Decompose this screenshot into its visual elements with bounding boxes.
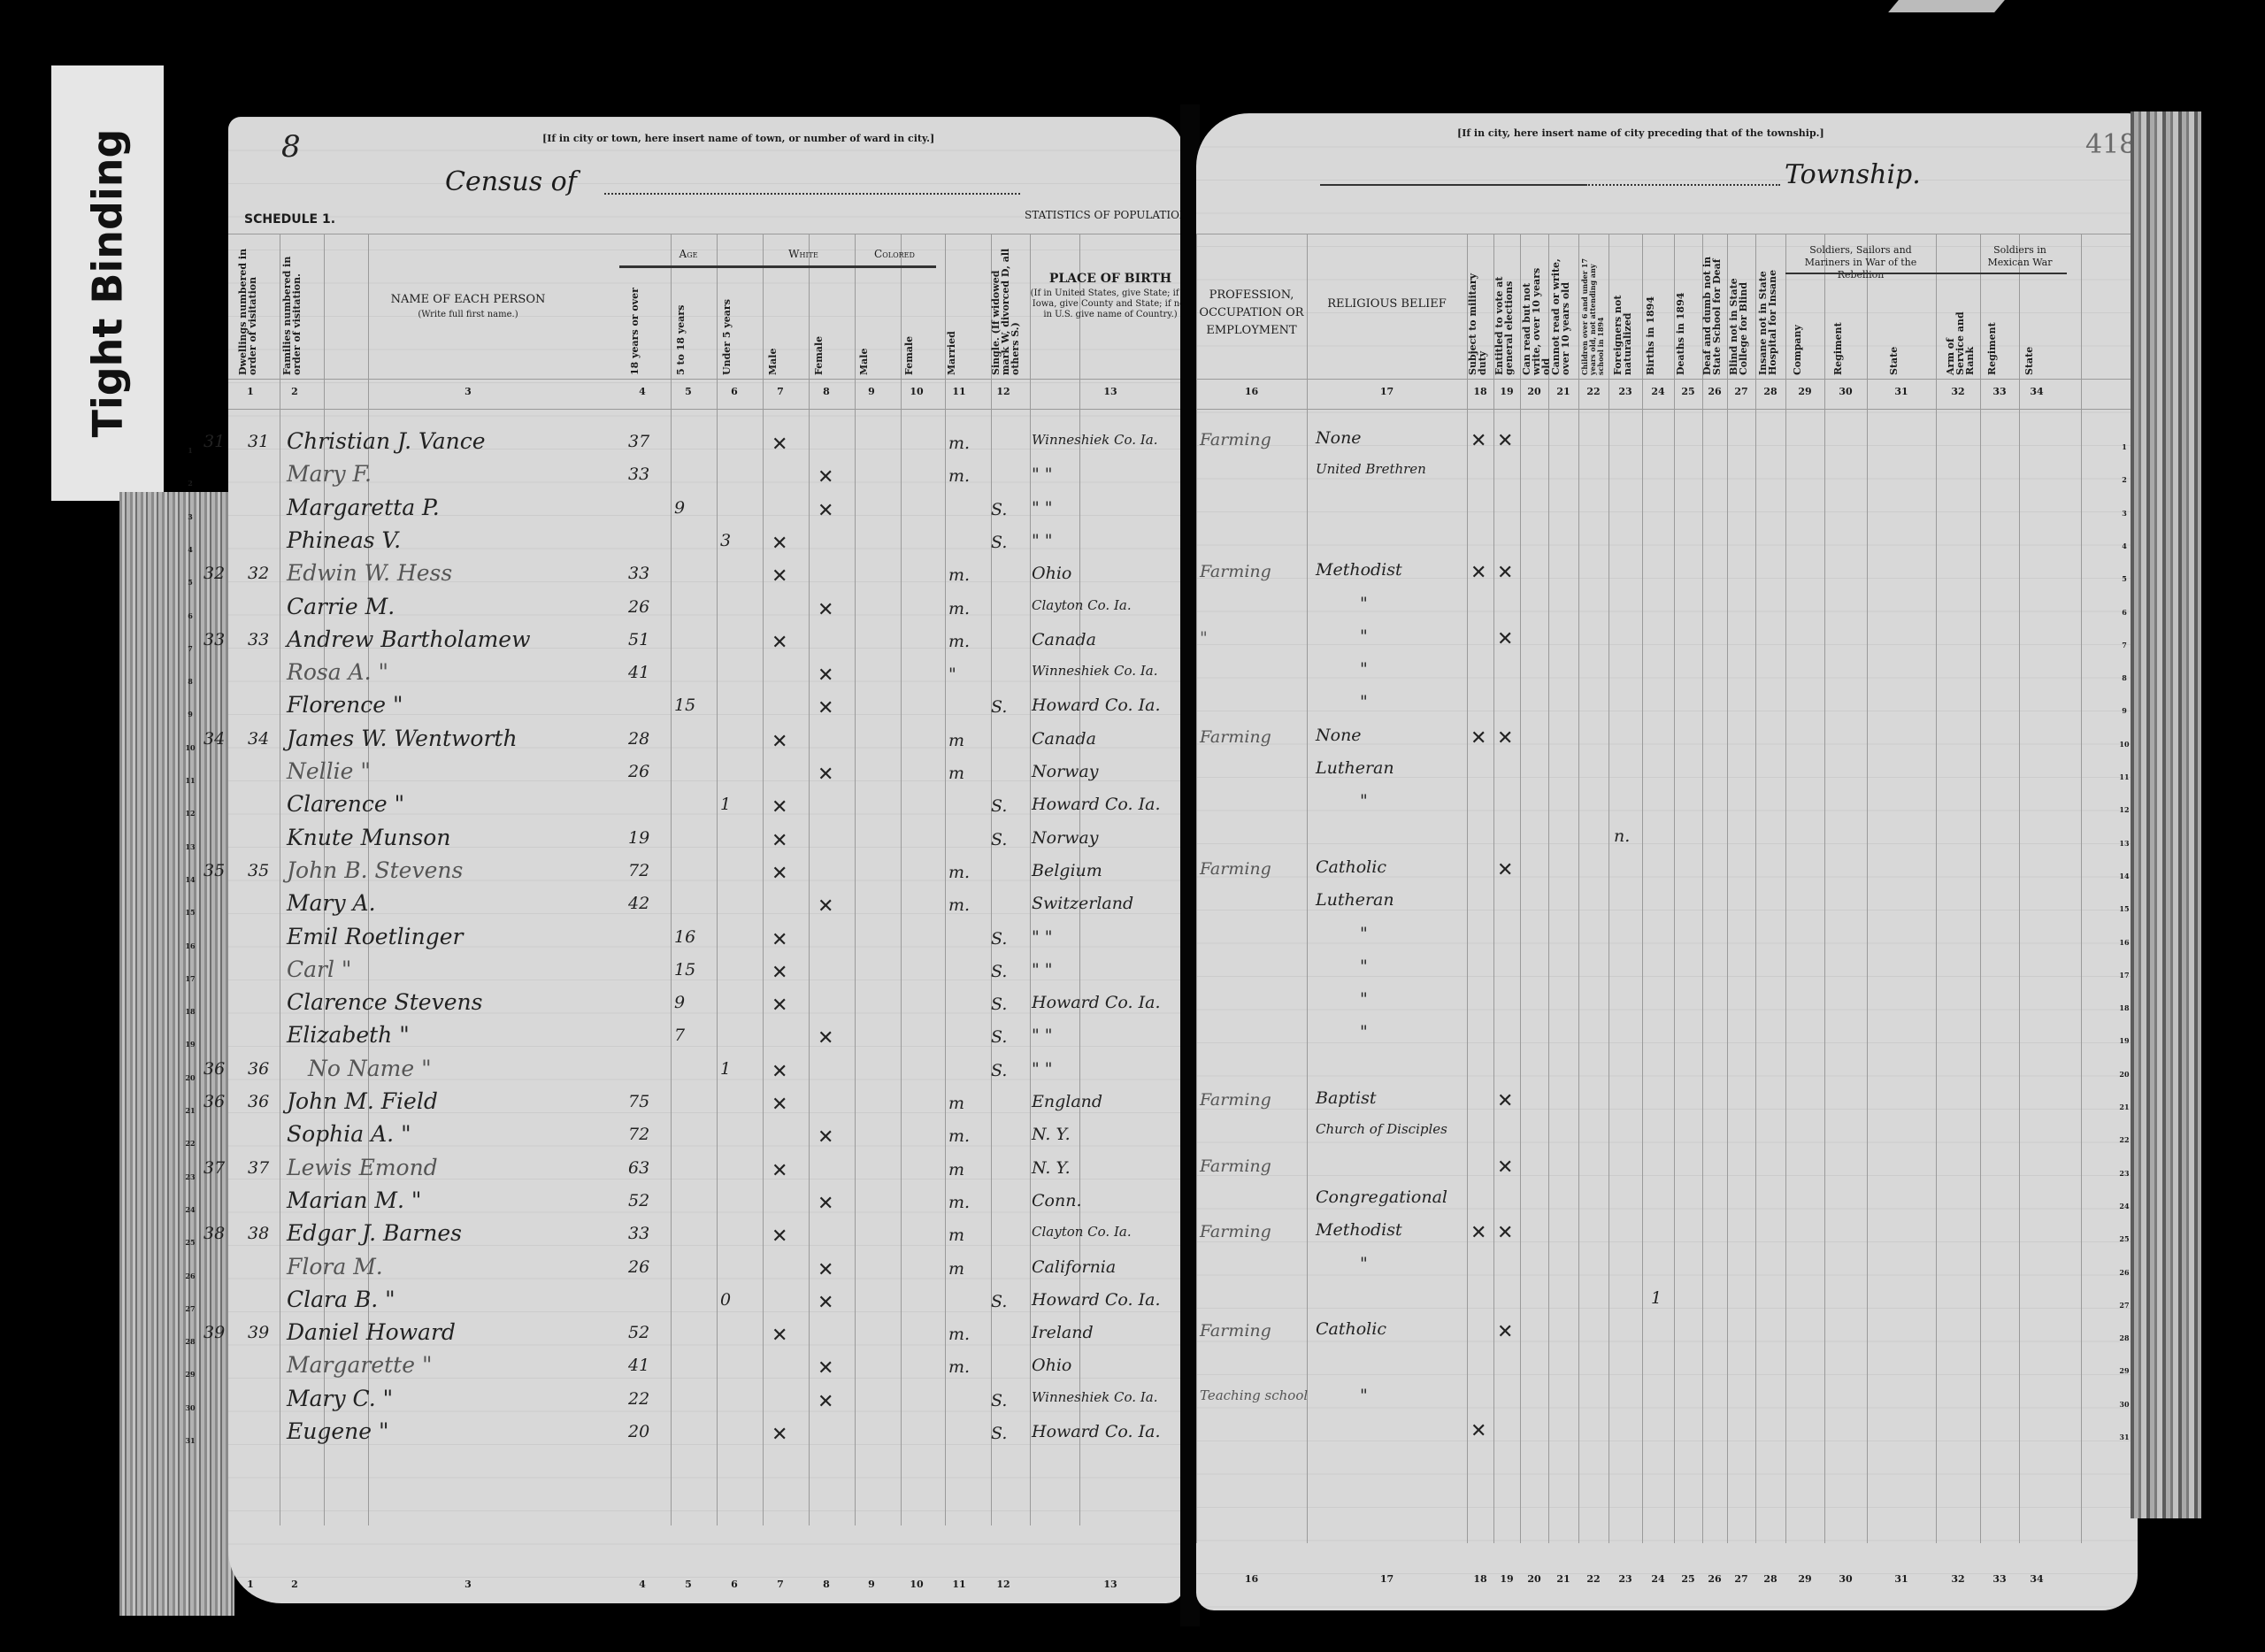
column-number-16: 16 [1239, 386, 1265, 397]
marital-status: S. [991, 500, 1007, 519]
sex-mark: ✕ [772, 632, 787, 654]
column-header-label: PLACE OF BIRTH [1028, 273, 1193, 285]
table-row[interactable]: FarmingMethodist✕✕25 [1196, 1222, 2138, 1255]
column-header-12: Single. (If widowed mark W, divorced D, … [991, 246, 1016, 375]
column-header-10: Female [904, 273, 929, 375]
religious-belief: " [1360, 924, 1368, 943]
place-of-birth: Canada [1032, 630, 1096, 649]
footer-column-number-28: 28 [1757, 1573, 1784, 1585]
person-name: Carrie M. [287, 594, 395, 619]
table-row[interactable]: 3Margaretta P.9✕S." "√F [228, 496, 1184, 529]
table-row[interactable]: 27Clara B. "0✕S.Howard Co. Ia.√F [228, 1288, 1184, 1321]
column-number-32: 32 [1945, 386, 1971, 397]
place-of-birth: Belgium [1032, 861, 1102, 880]
table-row[interactable]: "8 [1196, 661, 2138, 694]
line-number: 14 [182, 875, 198, 884]
sex-mark: ✕ [818, 1126, 833, 1149]
religious-belief: " [1360, 989, 1368, 1009]
table-row[interactable]: ""✕7 [1196, 628, 2138, 661]
vote-mark: ✕ [1497, 430, 1513, 452]
religious-belief: " [1360, 1386, 1368, 1405]
age-value: 51 [628, 630, 649, 649]
place-of-birth: N. Y. [1032, 1158, 1071, 1178]
line-number: 16 [182, 941, 198, 950]
line-number: 31 [182, 1436, 198, 1445]
foreigner-mark: n. [1614, 826, 1630, 846]
table-row[interactable]: 283939Daniel Howard52✕m.Ireland√F [228, 1321, 1184, 1354]
age-value: 63 [628, 1158, 649, 1178]
column-header-33: Regiment [1987, 303, 2012, 375]
table-row[interactable]: Farming✕23 [1196, 1156, 2138, 1189]
person-name: Edwin W. Hess [287, 560, 452, 586]
table-row[interactable]: 73333Andrew Bartholamew51✕m.Canada√F [228, 628, 1184, 661]
tight-binding-label: Tight Binding [51, 65, 164, 501]
military-duty-mark: ✕ [1470, 1420, 1486, 1442]
table-row[interactable]: 8Rosa A. "41✕"Winneshiek Co. Ia.√F [228, 661, 1184, 694]
column-header-28: Insane not in State Hospital for Insane [1758, 251, 1783, 375]
sex-mark: ✕ [772, 1061, 787, 1083]
table-row[interactable]: 213636John M. Field75✕mEngland√F [228, 1090, 1184, 1123]
line-number: 19 [182, 1040, 198, 1049]
column-header-31: State [1889, 303, 1914, 375]
family-number: 38 [248, 1224, 269, 1243]
marital-status: S. [991, 830, 1007, 849]
place-of-birth: Ohio [1032, 1356, 1071, 1375]
religious-belief: Catholic [1316, 857, 1386, 877]
column-number-21: 21 [1550, 386, 1577, 397]
marital-status: m. [948, 466, 970, 486]
corner-sliver [1888, 0, 2005, 12]
dwelling-number: 36 [203, 1059, 225, 1079]
table-row[interactable]: 143535John B. Stevens72✕m.Belgium√F [228, 859, 1184, 892]
footer-column-number-24: 24 [1645, 1573, 1671, 1585]
vote-mark: ✕ [1497, 727, 1513, 749]
sex-mark: ✕ [772, 731, 787, 753]
line-number: 8 [182, 677, 198, 686]
marital-status: m [948, 1160, 964, 1179]
line-number: 1 [182, 446, 198, 455]
table-row[interactable]: 17Carl "15✕S." "√F [228, 958, 1184, 991]
age-value: 41 [628, 663, 649, 682]
religious-belief: Methodist [1316, 1220, 1402, 1240]
place-of-birth: Ireland [1032, 1323, 1094, 1342]
births-mark: 1 [1651, 1288, 1662, 1308]
table-row[interactable]: 253838Edgar J. Barnes33✕mClayton Co. Ia.… [228, 1222, 1184, 1255]
table-row[interactable]: "17 [1196, 958, 2138, 991]
column-header-13: PLACE OF BIRTH(If in United States, give… [1028, 273, 1193, 320]
table-row[interactable]: ✕31 [1196, 1420, 2138, 1453]
table-row[interactable]: FarmingCatholic✕14 [1196, 859, 2138, 892]
group-header-white: White [757, 248, 849, 260]
column-header-25: Deaths in 1894 [1676, 251, 1701, 375]
footer-column-number-25: 25 [1675, 1573, 1701, 1585]
table-row[interactable]: 18Clarence Stevens9✕S.Howard Co. Ia.√F [228, 991, 1184, 1024]
table-row[interactable]: "26 [1196, 1256, 2138, 1288]
dwelling-number: 36 [203, 1092, 225, 1111]
age-value: 19 [628, 828, 649, 848]
age-value: 72 [628, 1125, 649, 1144]
person-name: Lewis Emond [287, 1155, 438, 1180]
marital-status: S. [991, 1391, 1007, 1410]
table-row[interactable]: Teaching school"30 [1196, 1387, 2138, 1420]
marital-status: S. [991, 533, 1007, 552]
table-row[interactable]: 31Eugene "20✕S.Howard Co. Ia.√F [228, 1420, 1184, 1453]
sex-mark: ✕ [772, 565, 787, 588]
age-value: 9 [674, 993, 685, 1012]
place-of-birth: England [1032, 1092, 1102, 1111]
person-name: Phineas V. [287, 527, 401, 553]
age-value: 1 [720, 1059, 731, 1079]
religious-belief: " [1360, 957, 1368, 976]
table-row[interactable]: 13131Christian J. Vance37✕m.Winneshiek C… [228, 430, 1184, 463]
line-number: 15 [182, 908, 198, 917]
footer-column-number-19: 19 [1493, 1573, 1520, 1585]
occupation: Farming [1200, 1090, 1271, 1110]
marital-status: S. [991, 1061, 1007, 1080]
marital-status: m. [948, 1193, 970, 1212]
place-of-birth: N. Y. [1032, 1125, 1071, 1144]
column-number-29: 29 [1792, 386, 1818, 397]
marital-status: S. [991, 796, 1007, 816]
person-name: Elizabeth " [287, 1022, 410, 1048]
table-row[interactable]: 233737Lewis Emond63✕mN. Y.√F [228, 1156, 1184, 1189]
occupation: Teaching school [1200, 1387, 1308, 1403]
age-value: 33 [628, 465, 649, 484]
marital-status: S. [991, 995, 1007, 1014]
place-of-birth: Clayton Co. Ia. [1032, 1224, 1132, 1240]
table-row[interactable]: 15Mary A.42✕m.Switzerland√F [228, 892, 1184, 925]
table-row[interactable]: United Brethren2 [1196, 463, 2138, 496]
column-number-12: 12 [990, 386, 1017, 397]
table-row[interactable]: FarmingNone✕✕10 [1196, 727, 2138, 760]
group-header-mexican-war: Soldiers in Mexican War [1980, 244, 2060, 269]
place-of-birth: Switzerland [1032, 894, 1133, 913]
place-of-birth: Howard Co. Ia. [1032, 993, 1160, 1012]
colnum-rule [228, 409, 1184, 410]
column-header-3: NAME OF EACH PERSON(Write full first nam… [317, 294, 619, 320]
column-header-6: Under 5 years [722, 273, 747, 375]
person-name: Eugene " [287, 1418, 389, 1444]
table-row[interactable]: 53232Edwin W. Hess33✕m.Ohio√F [228, 562, 1184, 595]
table-row[interactable]: "12 [1196, 793, 2138, 826]
footer-column-number-16: 16 [1239, 1573, 1265, 1585]
age-value: 33 [628, 564, 649, 583]
table-row[interactable]: 20 [1196, 1057, 2138, 1090]
column-header-2: Families numbered in order of visitation… [282, 246, 307, 375]
footer-column-number-22: 22 [1580, 1573, 1607, 1585]
person-name: Emil Roetlinger [287, 924, 463, 949]
table-row[interactable]: 3 [1196, 496, 2138, 529]
column-number-25: 25 [1675, 386, 1701, 397]
column-header-21: Cannot read or write, over 10 years old [1551, 251, 1576, 375]
footer-column-number-26: 26 [1701, 1573, 1728, 1585]
vote-mark: ✕ [1497, 1321, 1513, 1343]
left-page: 8 [If in city or town, here insert name … [228, 117, 1184, 1603]
township-blank-line[interactable] [1320, 184, 1585, 186]
table-row[interactable]: 26Flora M.26✕mCalifornia√F [228, 1256, 1184, 1288]
group-underline [1785, 273, 2067, 274]
table-row[interactable]: "9 [1196, 694, 2138, 726]
line-number: 24 [182, 1205, 198, 1214]
sex-mark: ✕ [818, 1027, 833, 1049]
place-of-birth: Clayton Co. Ia. [1032, 597, 1132, 613]
footer-column-number-32: 32 [1945, 1573, 1971, 1585]
table-row[interactable]: Lutheran15 [1196, 892, 2138, 925]
table-row[interactable]: FarmingBaptist✕21 [1196, 1090, 2138, 1123]
table-row[interactable]: 13Knute Munson19✕S.Norway√F [228, 826, 1184, 859]
sex-mark: ✕ [818, 1292, 833, 1314]
sex-mark: ✕ [772, 863, 787, 885]
column-number-13: 13 [1097, 386, 1124, 397]
family-number: 35 [248, 861, 269, 880]
table-row[interactable]: "16 [1196, 926, 2138, 958]
family-number: 39 [248, 1323, 269, 1342]
age-value: 3 [720, 531, 731, 550]
place-of-birth: Conn. [1032, 1191, 1082, 1210]
religious-belief: Congregational [1316, 1187, 1447, 1207]
occupation: Farming [1200, 562, 1271, 581]
column-number-1: 1 [237, 386, 264, 397]
sex-mark: ✕ [818, 599, 833, 621]
dwelling-number: 35 [203, 861, 225, 880]
footer-column-number-13: 13 [1097, 1579, 1124, 1590]
sex-mark: ✕ [818, 1391, 833, 1413]
table-row[interactable]: Congregational24 [1196, 1189, 2138, 1222]
township-blank-dots[interactable] [1585, 184, 1780, 186]
place-of-birth: Norway [1032, 828, 1098, 848]
line-number: 20 [182, 1073, 198, 1082]
table-row[interactable]: 2Mary F.33✕m." "√F [228, 463, 1184, 496]
marital-status: m. [948, 863, 970, 882]
footer-column-number-9: 9 [858, 1579, 885, 1590]
age-value: 15 [674, 695, 695, 715]
footer-column-number-27: 27 [1728, 1573, 1754, 1585]
group-header-age: Age [619, 248, 757, 260]
occupation: Farming [1200, 1156, 1271, 1176]
line-number: 7 [182, 644, 198, 653]
religious-belief: " [1360, 659, 1368, 679]
city-caption: [If in city, here insert name of city pr… [1457, 127, 1824, 139]
age-value: 26 [628, 1257, 649, 1277]
place-of-birth: Winneshiek Co. Ia. [1032, 1389, 1157, 1405]
column-number-11: 11 [946, 386, 972, 397]
religious-belief: Lutheran [1316, 758, 1394, 778]
person-name: Florence " [287, 692, 403, 718]
vote-mark: ✕ [1497, 859, 1513, 881]
column-number-20: 20 [1521, 386, 1547, 397]
table-row[interactable]: 4 [1196, 529, 2138, 562]
marital-status: m [948, 731, 964, 750]
footer-column-number-20: 20 [1521, 1573, 1547, 1585]
sex-mark: ✕ [772, 1325, 787, 1347]
occupation: Farming [1200, 1321, 1271, 1341]
family-number: 32 [248, 564, 269, 583]
dwelling-number: 32 [203, 564, 225, 583]
column-header-20: Can read but not write, over 10 years ol… [1522, 251, 1547, 375]
person-name: Christian J. Vance [287, 428, 486, 454]
column-header-24: Births in 1894 [1646, 251, 1670, 375]
column-header-8: Female [814, 273, 839, 375]
line-number: 28 [182, 1337, 198, 1346]
column-header-29: Company [1793, 303, 1817, 375]
place-of-birth: Howard Co. Ia. [1032, 795, 1160, 814]
sex-mark: ✕ [772, 1160, 787, 1182]
table-row[interactable]: 103434James W. Wentworth28✕mCanada√F [228, 727, 1184, 760]
table-row[interactable]: 6Carrie M.26✕m.Clayton Co. Ia.√F [228, 595, 1184, 628]
column-header-label: NAME OF EACH PERSON [317, 294, 619, 306]
column-header-19: Entitled to vote at general elections [1494, 251, 1519, 375]
religious-belief: Church of Disciples [1316, 1121, 1447, 1137]
footer-column-number-3: 3 [455, 1579, 481, 1590]
line-number: 4 [182, 545, 198, 554]
column-number-27: 27 [1728, 386, 1754, 397]
footer-column-number-18: 18 [1467, 1573, 1493, 1585]
marital-status: m. [948, 1126, 970, 1146]
place-of-birth: Howard Co. Ia. [1032, 1290, 1160, 1310]
left-page-edges [119, 492, 234, 1616]
column-number-7: 7 [767, 386, 794, 397]
religious-belief: " [1360, 1254, 1368, 1273]
column-number-23: 23 [1612, 386, 1639, 397]
dwelling-number: 38 [203, 1224, 225, 1243]
table-row[interactable]: FarmingMethodist✕✕5 [1196, 562, 2138, 595]
age-value: 26 [628, 597, 649, 617]
line-number: 13 [182, 842, 198, 851]
age-value: 52 [628, 1323, 649, 1342]
column-number-17: 17 [1374, 386, 1401, 397]
column-number-3: 3 [455, 386, 481, 397]
person-name: John M. Field [287, 1088, 438, 1114]
occupation: " [1200, 628, 1208, 648]
table-row[interactable]: 24Marian M. "52✕m.Conn.√F [228, 1189, 1184, 1222]
age-value: 37 [628, 432, 649, 451]
table-row[interactable]: Church of Disciples22 [1196, 1123, 2138, 1156]
age-value: 16 [674, 927, 695, 947]
column-number-5: 5 [675, 386, 702, 397]
table-row[interactable]: n.13 [1196, 826, 2138, 859]
ward-caption: [If in city or town, here insert name of… [542, 133, 934, 144]
table-row[interactable]: 16Emil Roetlinger16✕S." "√F [228, 926, 1184, 958]
column-header-7: Male [768, 273, 793, 375]
religious-belief: " [1360, 692, 1368, 711]
column-number-26: 26 [1701, 386, 1728, 397]
person-name: Mary A. [287, 890, 376, 916]
religious-belief: United Brethren [1316, 461, 1426, 477]
sex-mark: ✕ [772, 830, 787, 852]
line-number: 5 [182, 578, 198, 587]
right-page-edges [2131, 111, 2201, 1518]
person-name: Andrew Bartholamew [287, 626, 530, 652]
marital-status: " [948, 665, 956, 684]
religious-belief: Catholic [1316, 1319, 1386, 1339]
column-header-1: Dwellings numbered in order of visitatio… [238, 246, 263, 375]
column-header-sub: (Write full first name.) [317, 310, 619, 320]
table-row[interactable]: 30Mary C. "22✕S.Winneshiek Co. Ia.√F [228, 1387, 1184, 1420]
corner-mark: 8 [281, 129, 301, 165]
table-row[interactable]: 4Phineas V.3✕S." "√F [228, 529, 1184, 562]
family-number: 36 [248, 1059, 269, 1079]
column-number-24: 24 [1645, 386, 1671, 397]
table-row[interactable]: 29 [1196, 1354, 2138, 1387]
person-name: Nellie " [287, 758, 371, 784]
line-number: 10 [182, 743, 198, 752]
person-name: Knute Munson [287, 825, 450, 850]
religious-belief: " [1360, 626, 1368, 646]
table-row[interactable]: 29Margarette "41✕m.Ohio√F [228, 1354, 1184, 1387]
table-row[interactable]: 19Elizabeth "7✕S." "√F [228, 1024, 1184, 1057]
table-row[interactable]: "19 [1196, 1024, 2138, 1057]
colnum-rule [1196, 409, 2138, 410]
line-number: 2 [182, 479, 198, 488]
military-duty-mark: ✕ [1470, 430, 1486, 452]
footer-column-number-31: 31 [1888, 1573, 1915, 1585]
military-duty-mark: ✕ [1470, 562, 1486, 584]
footer-column-number-11: 11 [946, 1579, 972, 1590]
column-header-5: 5 to 18 years [676, 273, 701, 375]
sex-mark: ✕ [818, 1357, 833, 1379]
place-of-birth: " " [1032, 531, 1053, 550]
place-of-birth: Ohio [1032, 564, 1071, 583]
column-header-18: Subject to military duty [1468, 251, 1493, 375]
marital-status: S. [991, 929, 1007, 949]
township-title: Township. [1785, 159, 1921, 190]
line-number: 9 [182, 710, 198, 718]
footer-column-number-10: 10 [903, 1579, 930, 1590]
table-row[interactable]: 127 [1196, 1288, 2138, 1321]
marital-status: m. [948, 565, 970, 585]
military-duty-mark: ✕ [1470, 727, 1486, 749]
table-row[interactable]: Lutheran11 [1196, 760, 2138, 793]
marital-status: m. [948, 599, 970, 619]
column-number-10: 10 [903, 386, 930, 397]
table-row[interactable]: 203636No Name "1✕S." "√F [228, 1057, 1184, 1090]
person-name: Margarette " [287, 1352, 432, 1378]
sex-mark: ✕ [772, 533, 787, 555]
sex-mark: ✕ [818, 697, 833, 719]
census-title: Census of [445, 166, 577, 197]
religious-belief: Lutheran [1316, 890, 1394, 910]
age-value: 26 [628, 762, 649, 781]
table-row[interactable]: "18 [1196, 991, 2138, 1024]
age-value: 20 [628, 1422, 649, 1441]
place-of-birth: Norway [1032, 762, 1098, 781]
table-row[interactable]: 11Nellie "26✕mNorway√F [228, 760, 1184, 793]
column-header-16: PROFESSION, OCCUPATION OR EMPLOYMENT [1196, 287, 1307, 340]
table-row[interactable]: 12Clarence "1✕S.Howard Co. Ia.√F [228, 793, 1184, 826]
age-value: 1 [720, 795, 731, 814]
dwelling-number: 33 [203, 630, 225, 649]
marital-status: m [948, 1226, 964, 1245]
column-number-8: 8 [813, 386, 840, 397]
header-bottom-rule [1196, 379, 2138, 380]
footer-column-number-1: 1 [237, 1579, 264, 1590]
vote-mark: ✕ [1497, 1222, 1513, 1244]
table-row[interactable]: FarmingCatholic✕28 [1196, 1321, 2138, 1354]
column-header-sub: (If in United States, give State; if in … [1028, 288, 1193, 320]
table-row[interactable]: "6 [1196, 595, 2138, 628]
census-of-blank-line[interactable] [604, 193, 1020, 195]
table-row[interactable]: 22Sophia A. "72✕m.N. Y.√F [228, 1123, 1184, 1156]
page-number: 418 [2085, 129, 2136, 160]
age-value: 7 [674, 1026, 685, 1045]
sex-mark: ✕ [818, 1193, 833, 1215]
sex-mark: ✕ [772, 962, 787, 984]
person-name: Margaretta P. [287, 495, 440, 520]
vote-mark: ✕ [1497, 628, 1513, 650]
place-of-birth: Canada [1032, 729, 1096, 749]
table-row[interactable]: 9Florence "15✕S.Howard Co. Ia.√F [228, 694, 1184, 726]
table-row[interactable]: FarmingNone✕✕1 [1196, 430, 2138, 463]
